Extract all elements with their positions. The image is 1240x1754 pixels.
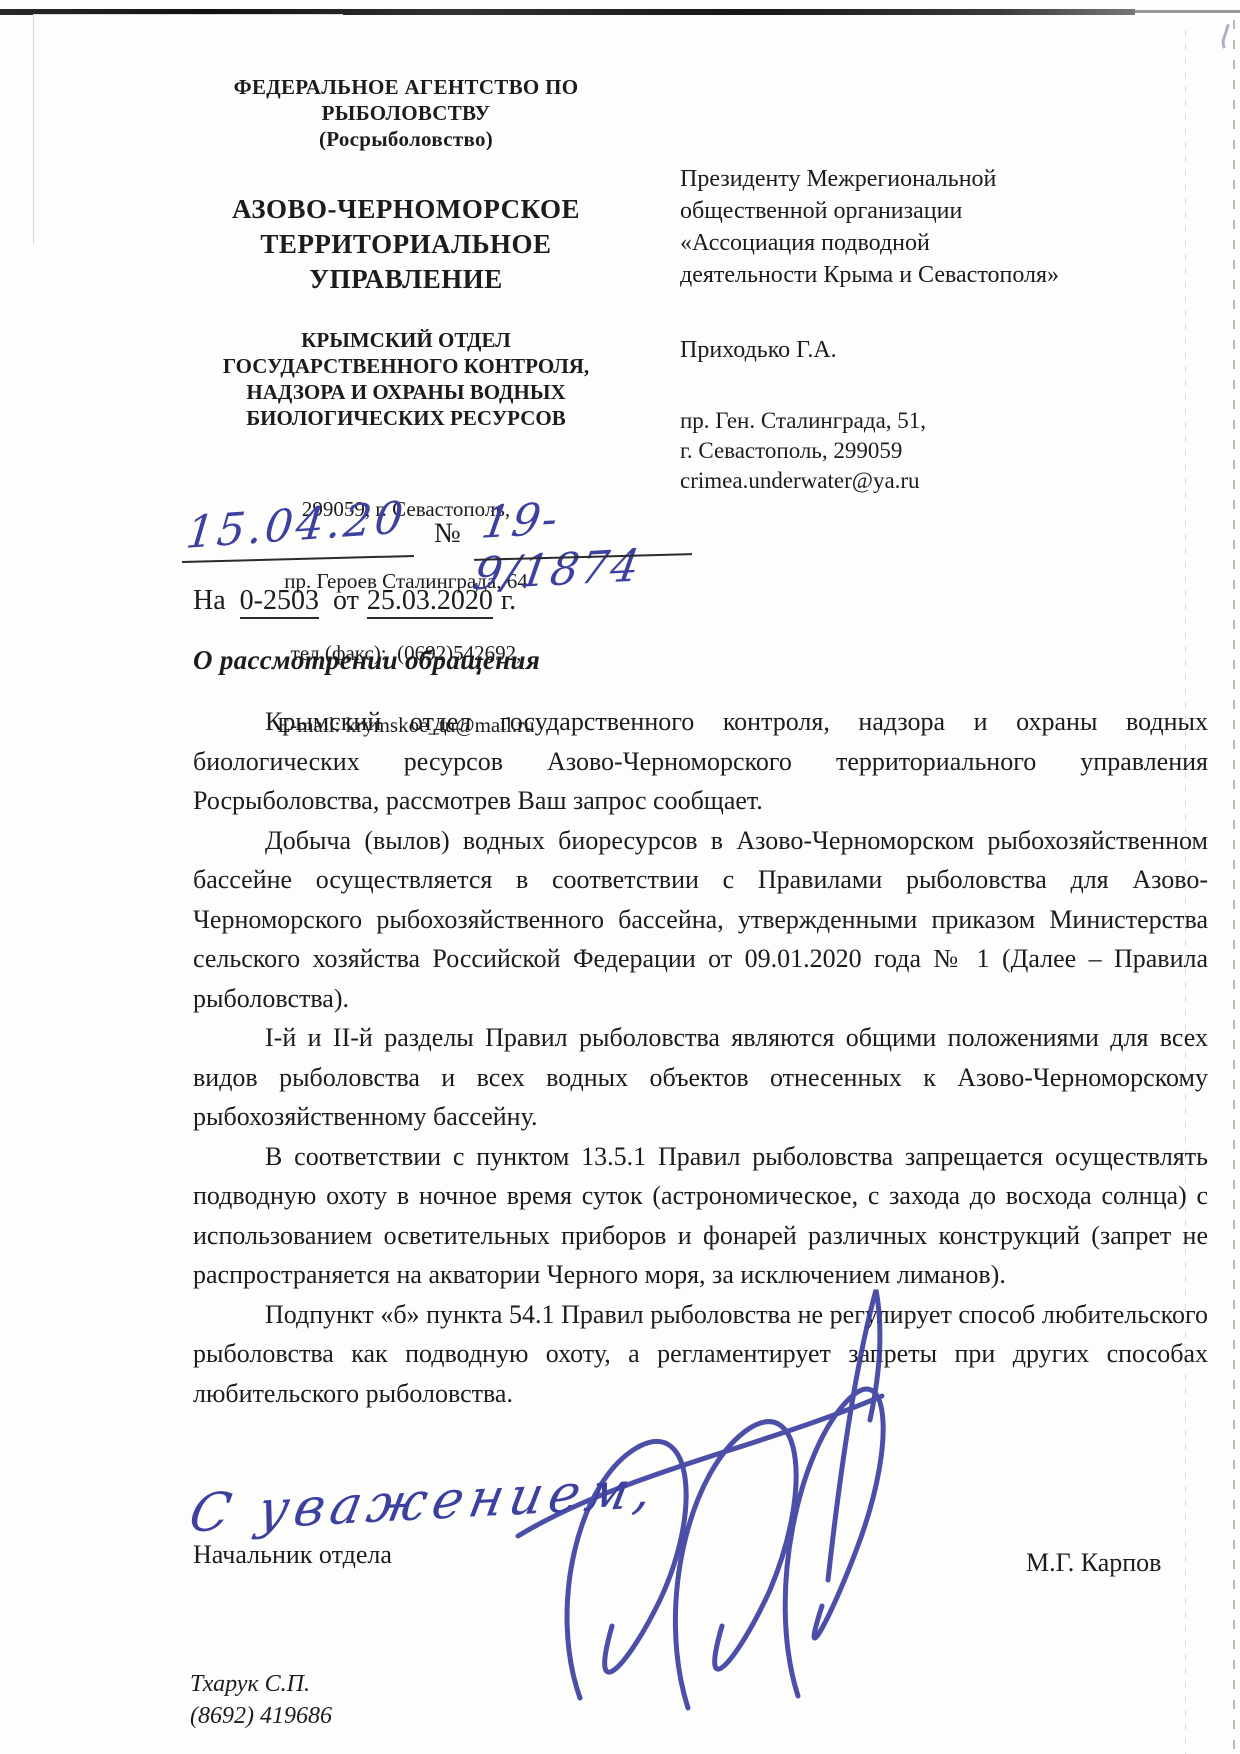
agency-line: РЫБОЛОВСТВУ [186, 100, 626, 126]
division-line: УПРАВЛЕНИЕ [186, 262, 626, 297]
agency-name: ФЕДЕРАЛЬНОЕ АГЕНТСТВО ПО РЫБОЛОВСТВУ (Ро… [186, 74, 626, 152]
incoming-number: 0-2503 [240, 585, 319, 619]
pen-corner-mark [1218, 24, 1240, 57]
recipient-org-line: «Ассоциация подводной [680, 227, 1220, 259]
recipient-address-line: пр. Ген. Сталинграда, 51, [680, 406, 1220, 436]
incoming-ref-prefix: На [193, 585, 226, 616]
body-paragraph: В соответствии с пунктом 13.5.1 Правил р… [193, 1137, 1208, 1295]
body-paragraph: I-й и II-й разделы Правил рыболовства яв… [193, 1018, 1208, 1137]
incoming-date: 25.03.2020 [367, 585, 493, 619]
territorial-division-name: АЗОВО-ЧЕРНОМОРСКОЕ ТЕРРИТОРИАЛЬНОЕ УПРАВ… [186, 192, 626, 297]
scan-edge-artifact-top-right [1135, 10, 1240, 13]
division-line: ТЕРРИТОРИАЛЬНОЕ [186, 227, 626, 262]
letterhead: ФЕДЕРАЛЬНОЕ АГЕНТСТВО ПО РЫБОЛОВСТВУ (Ро… [186, 74, 626, 785]
scan-fold-line-2 [1233, 20, 1235, 1754]
subject-line: О рассмотрении обращения [193, 645, 540, 676]
recipient-address: пр. Ген. Сталинграда, 51, г. Севастополь… [680, 406, 1220, 496]
executor-block: Тхарук С.П. (8692) 419686 [190, 1668, 332, 1732]
handwritten-outgoing-number: 19-9/1874 [470, 486, 710, 601]
recipient-address-line: г. Севастополь, 299059 [680, 436, 1220, 466]
department-line: КРЫМСКИЙ ОТДЕЛ [186, 327, 626, 353]
department-name: КРЫМСКИЙ ОТДЕЛ ГОСУДАРСТВЕННОГО КОНТРОЛЯ… [186, 327, 626, 431]
division-line: АЗОВО-ЧЕРНОМОРСКОЕ [186, 192, 626, 227]
handwritten-signature [430, 1278, 910, 1718]
handwritten-outgoing-date: 15.04.20 [184, 492, 409, 559]
recipient-org: Президенту Межрегиональной общественной … [680, 163, 1220, 291]
body-paragraph: Добыча (вылов) водных биоресурсов в Азов… [193, 821, 1208, 1019]
executor-name: Тхарук С.П. [190, 1668, 332, 1700]
executor-phone: (8692) 419686 [190, 1700, 332, 1732]
agency-line: ФЕДЕРАЛЬНОЕ АГЕНТСТВО ПО [186, 74, 626, 100]
outgoing-reference-line: 15.04.20 № 19-9/1874 [182, 500, 702, 570]
number-sign: № [434, 518, 461, 550]
incoming-reference-line: На0-2503от25.03.2020г. [193, 585, 516, 617]
body-paragraph: Крымский отдел государственного контроля… [193, 702, 1208, 821]
recipient-org-line: Президенту Межрегиональной [680, 163, 1220, 195]
incoming-ref-suffix: г. [501, 585, 516, 616]
department-line: НАДЗОРА И ОХРАНЫ ВОДНЫХ [186, 379, 626, 405]
department-line: ГОСУДАРСТВЕННОГО КОНТРОЛЯ, [186, 353, 626, 379]
signer-position-title: Начальник отдела [193, 1540, 392, 1570]
paper-edge-line-vertical [33, 14, 34, 244]
incoming-ref-from: от [333, 585, 359, 616]
paper-edge-line-horizontal [33, 14, 343, 15]
scanned-letter-page: ФЕДЕРАЛЬНОЕ АГЕНТСТВО ПО РЫБОЛОВСТВУ (Ро… [0, 0, 1240, 1754]
recipient-org-line: общественной организации [680, 195, 1220, 227]
recipient-block: Президенту Межрегиональной общественной … [680, 163, 1220, 496]
department-line: БИОЛОГИЧЕСКИХ РЕСУРСОВ [186, 405, 626, 431]
recipient-org-line: деятельности Крыма и Севастополя» [680, 259, 1220, 291]
recipient-email: crimea.underwater@ya.ru [680, 466, 1220, 496]
recipient-name: Приходько Г.А. [680, 334, 1220, 366]
agency-short-name: (Росрыболовство) [186, 126, 626, 152]
signer-name: М.Г. Карпов [1026, 1548, 1161, 1578]
